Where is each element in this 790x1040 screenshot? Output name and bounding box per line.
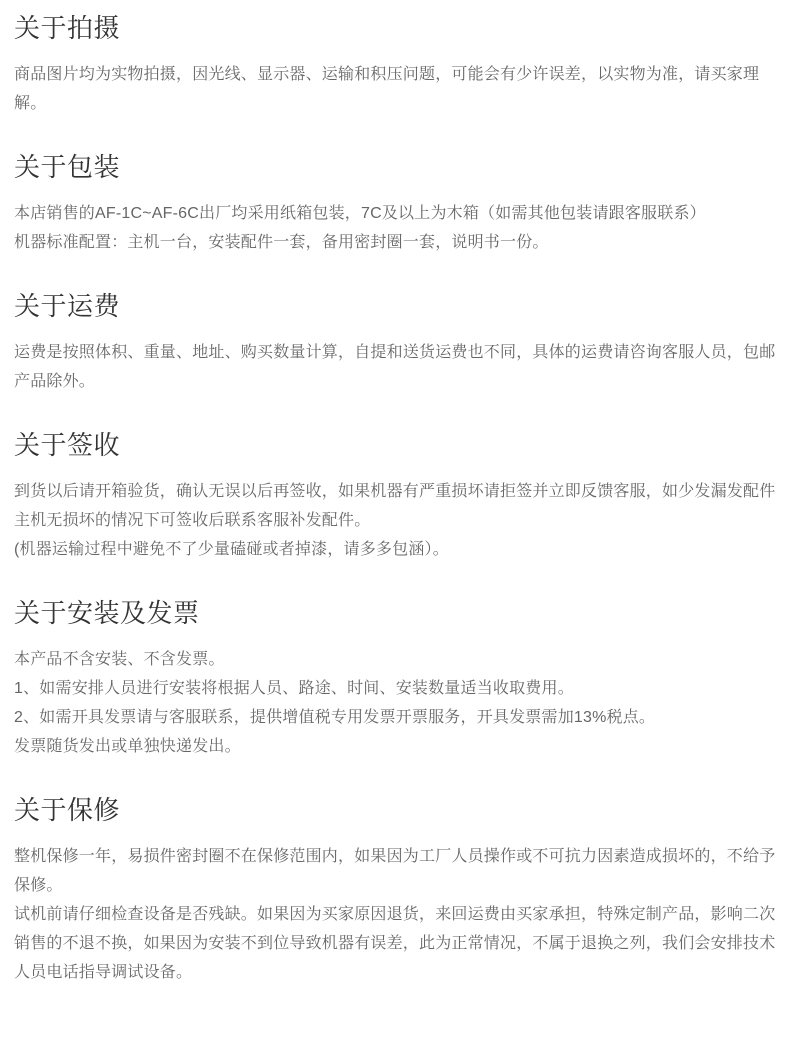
- section-about-shipping-fee: 关于运费 运费是按照体积、重量、地址、购买数量计算，自提和送货运费也不同，具体的…: [14, 290, 776, 396]
- section-about-receiving: 关于签收 到货以后请开箱验货，确认无误以后再签收，如果机器有严重损坏请拒签并立即…: [14, 429, 776, 564]
- section-about-photography: 关于拍摄 商品图片均为实物拍摄，因光线、显示器、运输和积压问题，可能会有少许误差…: [14, 12, 776, 118]
- section-heading-shipping-fee: 关于运费: [14, 290, 776, 322]
- section-paragraph: 到货以后请开箱验货，确认无误以后再签收，如果机器有严重损坏请拒签并立即反馈客服，…: [14, 477, 776, 535]
- section-about-warranty: 关于保修 整机保修一年，易损件密封圈不在保修范围内，如果因为工厂人员操作或不可抗…: [14, 794, 776, 987]
- section-heading-receiving: 关于签收: [14, 429, 776, 461]
- section-paragraph: 机器标准配置：主机一台，安装配件一套，备用密封圈一套，说明书一份。: [14, 228, 776, 257]
- section-heading-warranty: 关于保修: [14, 794, 776, 826]
- section-paragraph: 本产品不含安装、不含发票。: [14, 645, 776, 674]
- section-paragraph: 1、如需安排人员进行安装将根据人员、路途、时间、安装数量适当收取费用。: [14, 674, 776, 703]
- section-paragraph: 商品图片均为实物拍摄，因光线、显示器、运输和积压问题，可能会有少许误差，以实物为…: [14, 60, 776, 118]
- section-paragraph: 运费是按照体积、重量、地址、购买数量计算，自提和送货运费也不同，具体的运费请咨询…: [14, 338, 776, 396]
- section-paragraph: (机器运输过程中避免不了少量磕碰或者掉漆，请多多包涵）。: [14, 535, 776, 564]
- section-heading-packaging: 关于包装: [14, 151, 776, 183]
- section-heading-installation-invoice: 关于安装及发票: [14, 597, 776, 629]
- section-about-installation-invoice: 关于安装及发票 本产品不含安装、不含发票。 1、如需安排人员进行安装将根据人员、…: [14, 597, 776, 761]
- section-paragraph: 试机前请仔细检查设备是否残缺。如果因为买家原因退货，来回运费由买家承担，特殊定制…: [14, 900, 776, 987]
- section-heading-photography: 关于拍摄: [14, 12, 776, 44]
- section-paragraph: 发票随货发出或单独快递发出。: [14, 732, 776, 761]
- product-notice-page: { "page": { "background_color": "#ffffff…: [0, 0, 790, 1040]
- section-paragraph: 2、如需开具发票请与客服联系，提供增值税专用发票开票服务，开具发票需加13%税点…: [14, 703, 776, 732]
- section-about-packaging: 关于包装 本店销售的AF-1C~AF-6C出厂均采用纸箱包装，7C及以上为木箱（…: [14, 151, 776, 257]
- section-paragraph: 本店销售的AF-1C~AF-6C出厂均采用纸箱包装，7C及以上为木箱（如需其他包…: [14, 199, 776, 228]
- section-paragraph: 整机保修一年，易损件密封圈不在保修范围内，如果因为工厂人员操作或不可抗力因素造成…: [14, 842, 776, 900]
